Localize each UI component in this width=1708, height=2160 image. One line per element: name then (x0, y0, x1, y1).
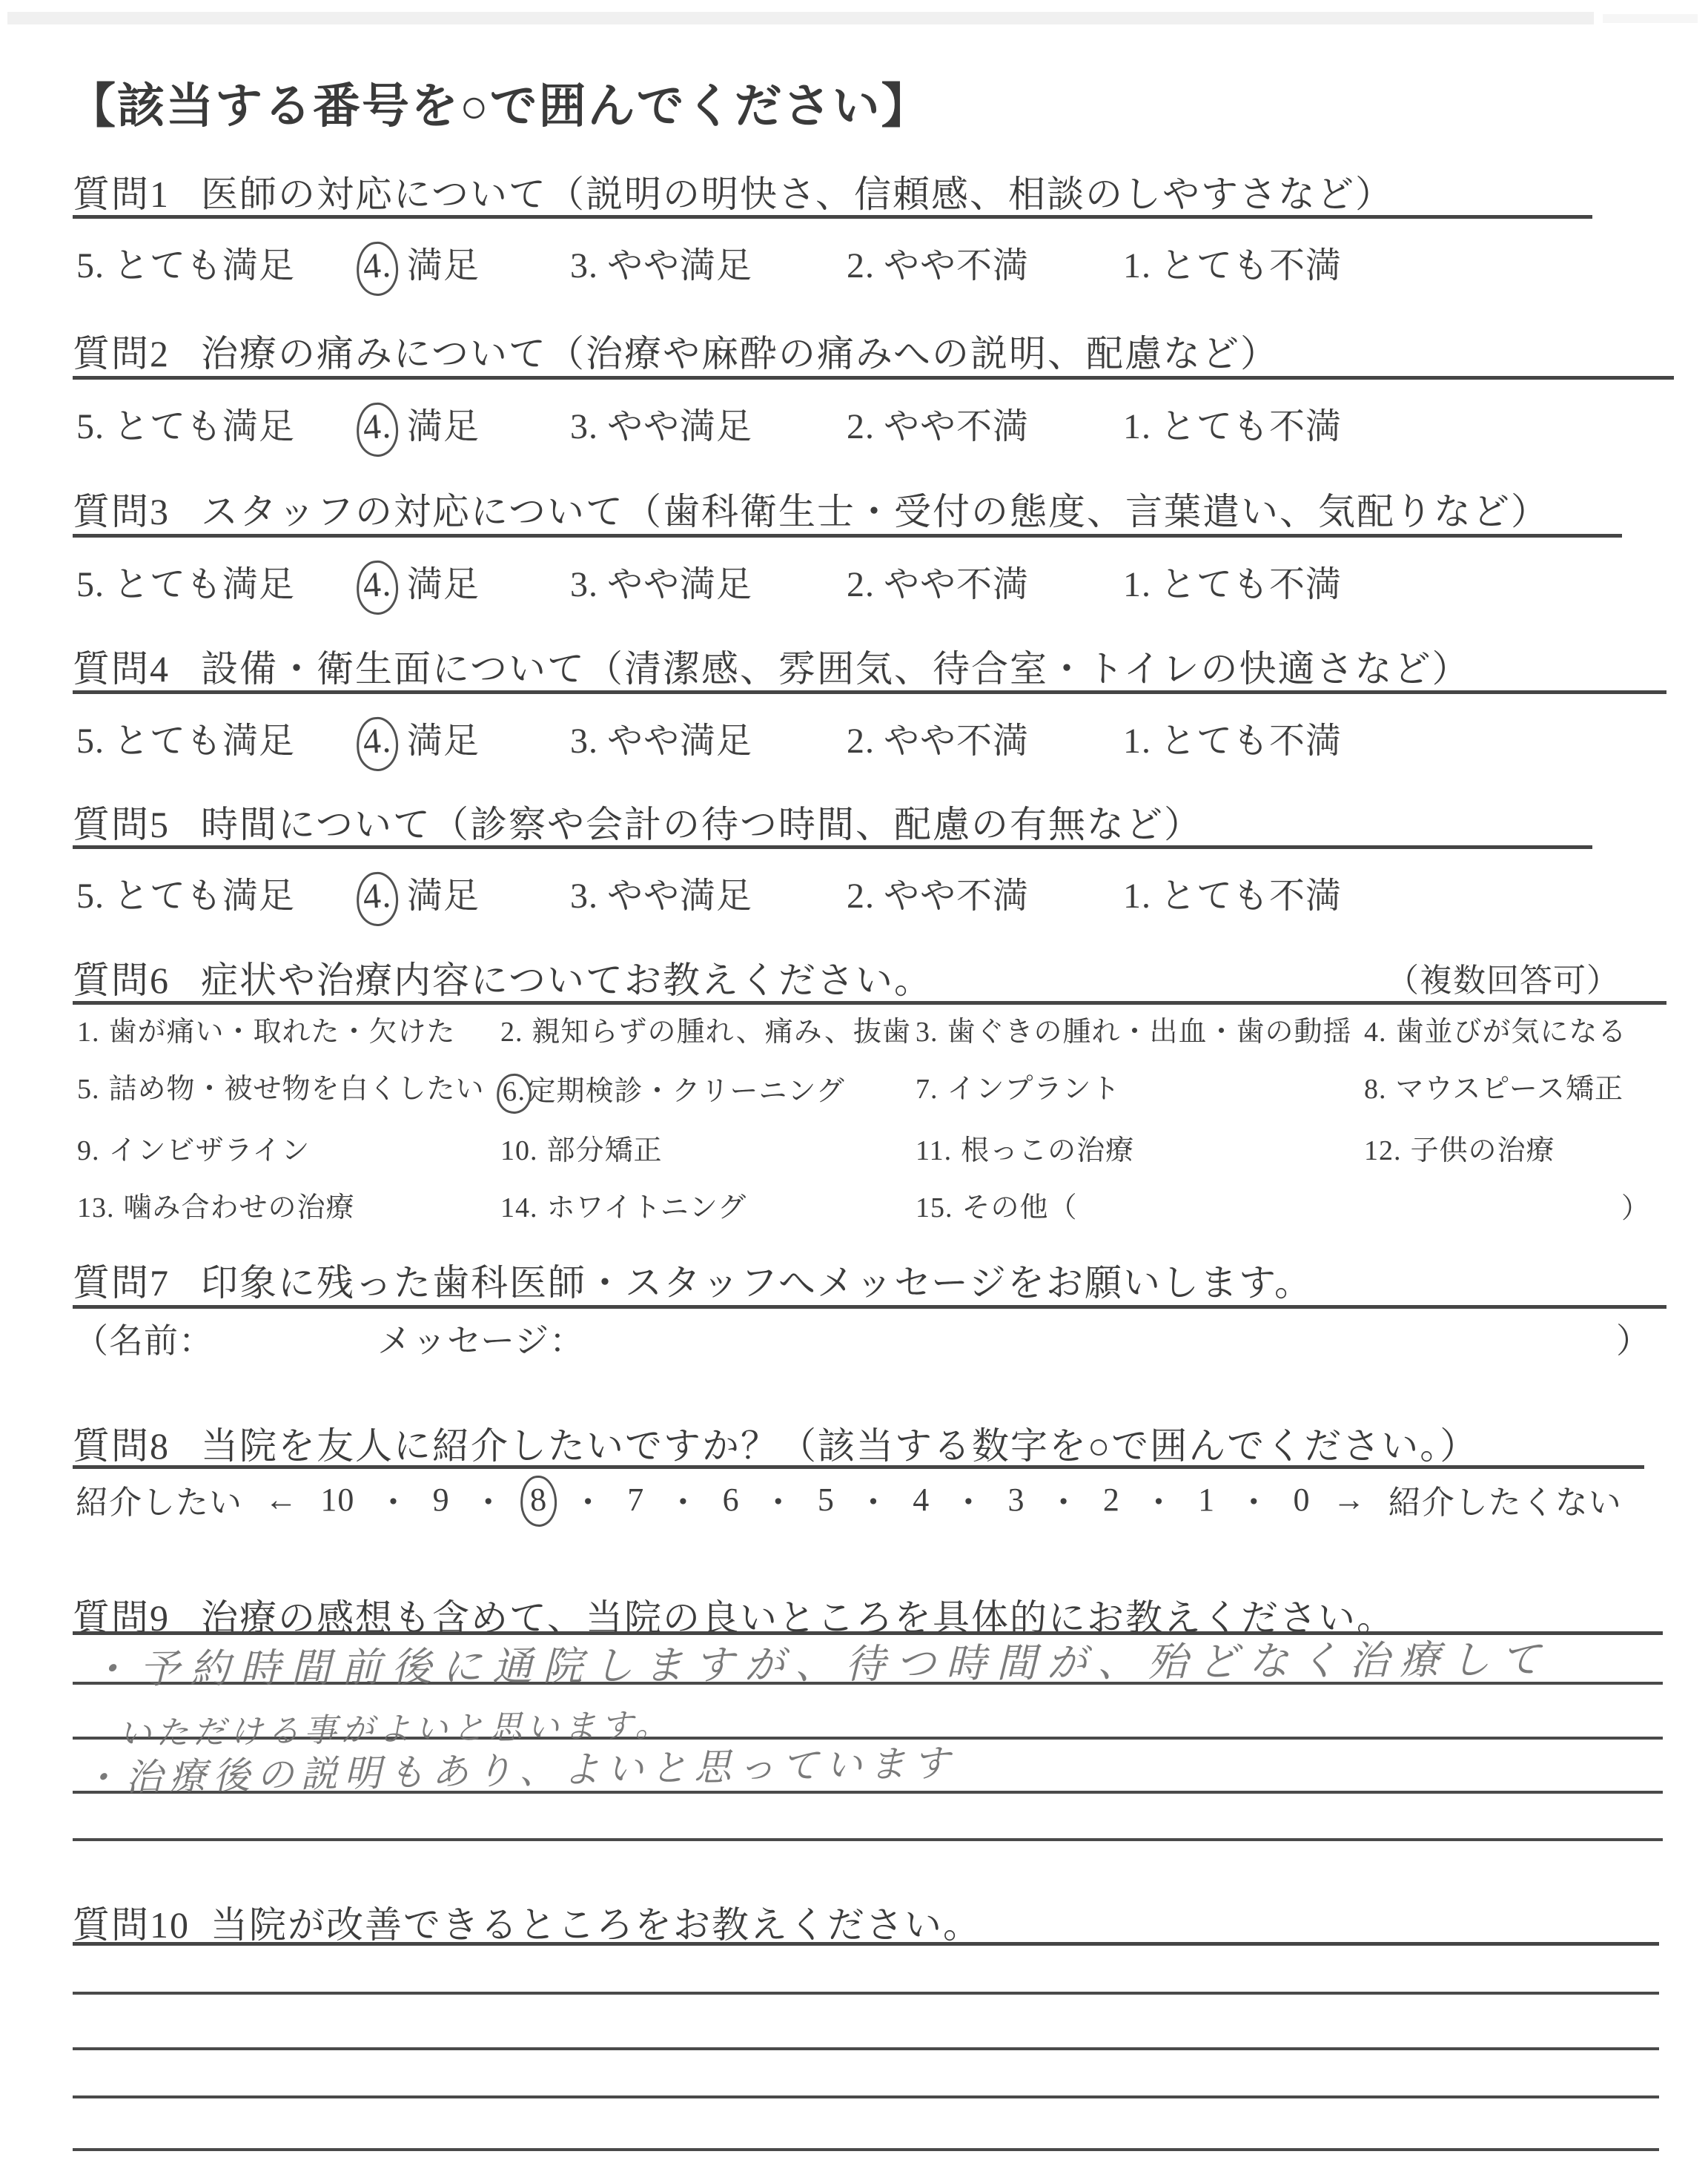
option-label: 噛み合わせの治療 (124, 1192, 355, 1223)
rating-option: 1.とても不満 (1123, 867, 1342, 918)
option-number: 3. (570, 565, 598, 604)
option-number: 4. (355, 559, 400, 616)
option-number: 4. (355, 401, 400, 458)
symptom-option: 5.詰め物・被せ物を白くしたい (77, 1074, 500, 1109)
option-label: やや不満 (884, 876, 1029, 916)
question-title: 質問6症状や治療内容についてお教えください。 (73, 951, 933, 1004)
ruled-line (73, 2095, 1659, 2098)
option-label: 根っこの治療 (961, 1135, 1134, 1166)
rating-option: 4.満足 (361, 712, 480, 764)
option-number: 1. (1123, 246, 1151, 285)
option-number: 13. (77, 1192, 115, 1223)
question-title: 質問4設備・衛生面について（清潔感、雰囲気、待合室・トイレの快適さなど） (73, 639, 1471, 693)
question-title: 質問5時間について（診察や会計の待つ時間、配慮の有無など） (73, 795, 1202, 848)
title-underline (73, 376, 1674, 380)
option-label: 満足 (407, 565, 480, 604)
option-number: 5. (76, 721, 105, 761)
title-underline (73, 1465, 1644, 1469)
option-label: とても不満 (1160, 407, 1342, 446)
option-label: とても不満 (1160, 876, 1342, 916)
rating-option: 4.満足 (361, 555, 480, 607)
scale-item: 0 (1293, 1481, 1310, 1519)
option-label: やや不満 (884, 565, 1029, 604)
question-title: 質問10当院が改善できるところをお教えください。 (73, 1895, 982, 1949)
question-title: 質問7印象に残った歯科医師・スタッフへメッセージをお願いします。 (73, 1253, 1313, 1307)
option-number: 5. (76, 246, 105, 285)
title-underline (73, 1942, 1659, 1946)
ruled-line (73, 1838, 1663, 1841)
question-title: 質問3スタッフの対応について（歯科衛生士・受付の態度、言葉遣い、気配りなど） (73, 482, 1549, 535)
scale-item: ・ (572, 1476, 605, 1523)
option-number: 7. (916, 1074, 939, 1105)
question-text: 治療の痛みについて（治療や麻酔の痛みへの説明、配慮など） (201, 333, 1279, 374)
option-label: 詰め物・被せ物を白くしたい (109, 1074, 485, 1105)
option-number: 3. (570, 407, 598, 446)
symptom-option: 10.部分矯正 (500, 1136, 916, 1166)
scale-item: 8 (519, 1474, 559, 1527)
scale-item: ← (265, 1481, 298, 1519)
option-label: 親知らずの腫れ、痛み、抜歯 (532, 1017, 912, 1048)
scale-item: ・ (762, 1476, 795, 1523)
option-number: 5. (77, 1074, 100, 1105)
option-number: 14. (500, 1192, 538, 1223)
rating-option: 2.やや不満 (847, 867, 1029, 918)
message-fields-row: （名前： メッセージ： ） (73, 1314, 1655, 1358)
ruled-line (73, 2148, 1659, 2151)
scale-item: → (1333, 1481, 1366, 1519)
symptom-option: 4.歯並びが気になる (1364, 1017, 1627, 1047)
option-label: 部分矯正 (547, 1135, 663, 1166)
option-number: 5. (76, 876, 105, 916)
option-number: 3. (570, 876, 598, 916)
question-number: 質問6 (73, 960, 170, 1001)
rating-options-row: 5.とても満足 4.満足 3.やや満足 2.やや不満 1.とても不満 (73, 397, 1655, 445)
option-label: やや満足 (607, 246, 752, 285)
option-label: やや満足 (607, 876, 752, 916)
title-underline (73, 1001, 1666, 1005)
scale-item: ・ (1237, 1476, 1271, 1523)
title-underline (73, 845, 1592, 849)
closing-paren: ） (1616, 1314, 1651, 1363)
option-label: 満足 (407, 876, 480, 916)
question-text: 症状や治療内容についてお教えください。 (201, 960, 933, 1001)
option-label: 子供の治療 (1411, 1135, 1555, 1166)
rating-option: 1.とても不満 (1123, 555, 1342, 607)
option-number: 5. (76, 407, 105, 446)
option-number: 2. (847, 721, 875, 761)
option-label: やや満足 (607, 721, 752, 761)
name-field-label: （名前： (74, 1314, 213, 1363)
symptom-option: 6.定期検診・クリーニング (500, 1074, 916, 1109)
message-field-label: メッセージ： (377, 1314, 584, 1363)
other-closing-paren: ） (1621, 1185, 1649, 1226)
question-title: 質問1医師の対応について（説明の明快さ、信頼感、相談のしやすさなど） (73, 165, 1394, 218)
symptom-option: 2.親知らずの腫れ、痛み、抜歯 (500, 1017, 916, 1047)
option-label: ホワイトニング (547, 1192, 747, 1223)
question-text: 当院が改善できるところをお教えください。 (211, 1904, 982, 1946)
option-number: 4. (355, 871, 400, 928)
title-underline (73, 1305, 1666, 1309)
question-text: スタッフの対応について（歯科衛生士・受付の態度、言葉遣い、気配りなど） (201, 491, 1549, 532)
option-number: 10. (500, 1135, 538, 1166)
rating-option: 5.とても満足 (76, 555, 295, 607)
option-number: 4. (355, 240, 400, 297)
option-label: やや満足 (607, 565, 752, 604)
option-number: 12. (1364, 1135, 1402, 1166)
scale-item: 3 (1008, 1481, 1025, 1519)
symptom-option: 12.子供の治療 (1364, 1136, 1627, 1166)
rating-options-row: 5.とても満足 4.満足 3.やや満足 2.やや不満 1.とても不満 (73, 867, 1655, 914)
option-label: とても満足 (113, 246, 295, 285)
rating-options-row: 5.とても満足 4.満足 3.やや満足 2.やや不満 1.とても不満 (73, 555, 1655, 603)
option-number: 1. (1123, 565, 1151, 604)
option-number: 2. (847, 246, 875, 285)
scale-item: 9 (433, 1481, 450, 1519)
scale-item: 2 (1103, 1481, 1120, 1519)
question-number: 質問8 (73, 1425, 170, 1467)
option-number: 1. (1123, 876, 1151, 916)
symptom-option: 14.ホワイトニング (500, 1193, 916, 1223)
option-label: 満足 (407, 246, 480, 285)
rating-option: 4.満足 (361, 237, 480, 288)
rating-option: 3.やや満足 (570, 237, 752, 288)
option-label: 満足 (407, 721, 480, 761)
rating-option: 3.やや満足 (570, 712, 752, 763)
question-text: 時間について（診察や会計の待つ時間、配慮の有無など） (201, 804, 1202, 845)
option-number: 3. (570, 721, 598, 761)
scale-item: 1 (1198, 1481, 1215, 1519)
symptom-option: 8.マウスピース矯正 (1364, 1074, 1627, 1109)
rating-option: 2.やや不満 (847, 397, 1029, 449)
scale-item: ・ (1047, 1476, 1081, 1523)
option-number: 2. (847, 876, 875, 916)
option-label: 歯が痛い・取れた・欠けた (109, 1017, 456, 1048)
ruled-line (73, 2047, 1659, 2050)
option-number: 1. (1123, 721, 1151, 761)
option-label: やや不満 (884, 246, 1029, 285)
option-label: やや不満 (884, 407, 1029, 446)
symptom-option: 9.インビザライン (77, 1136, 500, 1166)
symptom-option: 3.歯ぐきの腫れ・出血・歯の動揺 (916, 1017, 1364, 1047)
scale-item: ・ (1142, 1476, 1176, 1523)
rating-option: 1.とても不満 (1123, 237, 1342, 288)
scale-item: 6 (723, 1481, 740, 1519)
option-number: 8. (1364, 1074, 1387, 1105)
scale-item: 紹介したい (76, 1476, 242, 1523)
symptom-options-grid: 1.歯が痛い・取れた・欠けた 2.親知らずの腫れ、痛み、抜歯 3.歯ぐきの腫れ・… (77, 1017, 1623, 1223)
option-label: 歯並びが気になる (1396, 1017, 1627, 1048)
scale-item: ・ (666, 1476, 700, 1523)
survey-form-scan: 【該当する番号を○で囲んでください】 質問1医師の対応について（説明の明快さ、信… (0, 0, 1708, 2160)
option-number: 9. (77, 1135, 100, 1166)
scale-item: ・ (857, 1476, 890, 1523)
option-number: 2. (500, 1017, 523, 1048)
rating-option: 2.やや不満 (847, 555, 1029, 607)
question-number: 質問2 (73, 333, 170, 374)
option-number: 4. (355, 716, 400, 773)
scale-item: ・ (377, 1476, 410, 1523)
option-label: とても不満 (1160, 246, 1342, 285)
multiple-answers-note: （複数回答可） (1386, 954, 1620, 1001)
rating-option: 3.やや満足 (570, 555, 752, 607)
option-number: 11. (916, 1135, 952, 1166)
rating-option: 2.やや不満 (847, 712, 1029, 763)
question-number: 質問3 (73, 491, 170, 532)
handwritten-comment-line-1: ・予約時間前後に通院しますが、待つ時間が、殆どなく治療して (89, 1628, 1551, 1695)
rating-option: 1.とても不満 (1123, 397, 1342, 449)
symptom-option: 15.その他（ (916, 1193, 1364, 1223)
question-number: 質問1 (73, 174, 170, 215)
scale-item: 4 (913, 1481, 930, 1519)
symptom-option: 7.インプラント (916, 1074, 1364, 1109)
rating-option: 1.とても不満 (1123, 712, 1342, 763)
rating-option: 3.やや満足 (570, 397, 752, 449)
option-label: 満足 (407, 407, 480, 446)
rating-option: 3.やや満足 (570, 867, 752, 918)
question-text: 当院を友人に紹介したいですか？（該当する数字を○で囲んでください。） (201, 1425, 1478, 1467)
scale-item: 7 (627, 1481, 644, 1519)
scale-item: ・ (472, 1476, 506, 1523)
option-label: とても満足 (113, 407, 295, 446)
title-underline (73, 215, 1592, 219)
scale-item: 10 (320, 1481, 354, 1519)
question-text: 医師の対応について（説明の明快さ、信頼感、相談のしやすさなど） (201, 174, 1394, 215)
scan-edge-artifact-right (1603, 14, 1698, 23)
option-number: 4. (1364, 1017, 1387, 1048)
option-number: 2. (847, 565, 875, 604)
option-number: 3. (916, 1017, 939, 1048)
question-number: 質問10 (73, 1904, 190, 1946)
option-label: とても不満 (1160, 565, 1342, 604)
rating-option: 4.満足 (361, 397, 480, 449)
scale-item: 紹介したくない (1388, 1476, 1622, 1523)
rating-option: 2.やや不満 (847, 237, 1029, 288)
option-label: 定期検診・クリーニング (528, 1076, 845, 1107)
option-label: インプラント (947, 1074, 1121, 1105)
option-label: その他（ (962, 1192, 1078, 1223)
option-label: とても満足 (113, 721, 295, 761)
option-label: やや満足 (607, 407, 752, 446)
rating-option: 5.とても満足 (76, 867, 295, 918)
option-label: インビザライン (109, 1135, 311, 1166)
title-underline (73, 690, 1666, 694)
option-number: 2. (847, 407, 875, 446)
rating-option: 5.とても満足 (76, 237, 295, 288)
page-title: 【該当する番号を○で囲んでください】 (68, 68, 930, 136)
title-underline (73, 534, 1622, 538)
option-label: マウスピース矯正 (1396, 1074, 1623, 1105)
option-label: やや不満 (884, 721, 1029, 761)
scan-edge-artifact (7, 12, 1594, 24)
option-label: とても満足 (113, 565, 295, 604)
symptom-option: 11.根っこの治療 (916, 1136, 1364, 1166)
question-title: 質問8当院を友人に紹介したいですか？（該当する数字を○で囲んでください。） (73, 1416, 1478, 1470)
symptom-option: 1.歯が痛い・取れた・欠けた (77, 1017, 500, 1047)
scale-item: 5 (818, 1481, 835, 1519)
rating-option: 5.とても満足 (76, 397, 295, 449)
scale-item: ・ (952, 1476, 985, 1523)
option-number: 3. (570, 246, 598, 285)
ruled-line (73, 1992, 1659, 1995)
question-number: 質問7 (73, 1262, 170, 1304)
question-number: 質問5 (73, 804, 170, 845)
rating-options-row: 5.とても満足 4.満足 3.やや満足 2.やや不満 1.とても不満 (73, 237, 1655, 284)
option-number: 1. (1123, 407, 1151, 446)
question-text: 印象に残った歯科医師・スタッフへメッセージをお願いします。 (201, 1262, 1313, 1304)
recommend-scale-row: 紹介したい ← 10 ・ 9 ・ 8 ・ 7 ・ 6 ・ (76, 1476, 1622, 1523)
option-number: 15. (916, 1192, 953, 1223)
question-text: 設備・衛生面について（清潔感、雰囲気、待合室・トイレの快適さなど） (201, 648, 1471, 690)
option-label: とても満足 (113, 876, 295, 916)
rating-option: 4.満足 (361, 867, 480, 919)
option-label: とても不満 (1160, 721, 1342, 761)
option-label: 歯ぐきの腫れ・出血・歯の動揺 (947, 1017, 1352, 1048)
rating-options-row: 5.とても満足 4.満足 3.やや満足 2.やや不満 1.とても不満 (73, 712, 1655, 759)
option-number: 5. (76, 565, 105, 604)
rating-option: 5.とても満足 (76, 712, 295, 763)
question-number: 質問4 (73, 648, 170, 690)
option-number: 1. (77, 1017, 100, 1048)
question-title: 質問2治療の痛みについて（治療や麻酔の痛みへの説明、配慮など） (73, 324, 1279, 377)
symptom-option: 13.噛み合わせの治療 (77, 1193, 500, 1223)
